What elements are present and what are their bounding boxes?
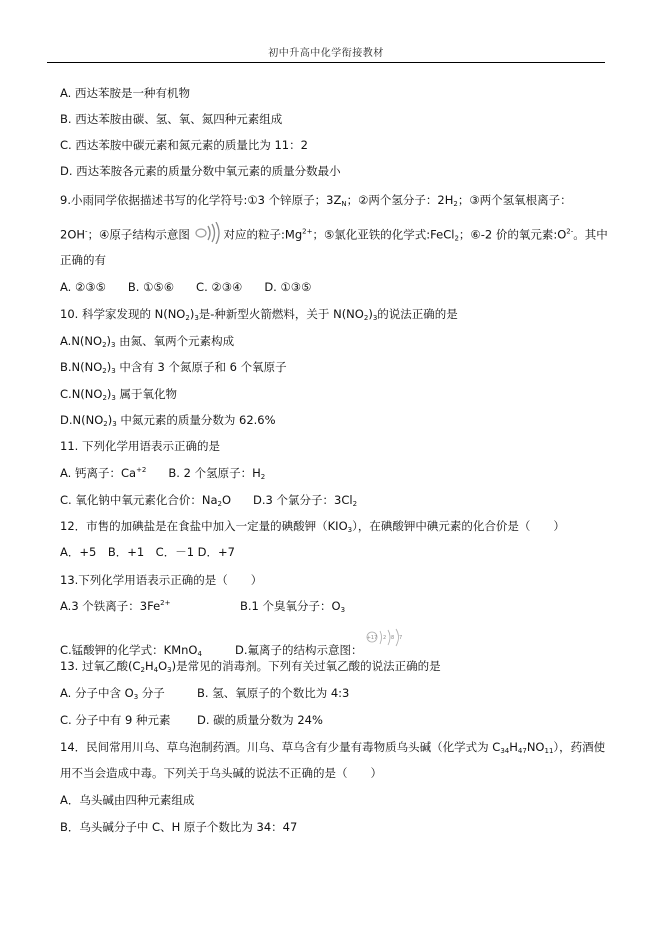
subscript: 2: [353, 500, 357, 508]
q9-stem-line3: 正确的有: [60, 252, 106, 268]
text: 13. 过氧乙酸(C: [60, 659, 140, 673]
text: ），药酒使: [553, 740, 605, 754]
text: ；④原子结构示意图: [88, 228, 190, 242]
q13b-option-d: D. 碳的质量分数为 24%: [197, 713, 323, 727]
text: B.1 个臭氧分子：O: [240, 599, 341, 613]
formula: N(NO: [72, 360, 103, 374]
q8-option-a: A. 西达苯胺是一种有机物: [60, 85, 190, 101]
subscript: 4: [198, 650, 202, 658]
text: )是常见的消毒剂。下列有关过氧乙酸的说法正确的是: [172, 659, 441, 673]
q13a-options-ab: A.3 个铁离子：3Fe2+B.1 个臭氧分子：O3: [60, 598, 345, 614]
text: ；②两个氢分子：2H: [347, 193, 454, 207]
q9-option-d: D. ①③⑤: [264, 280, 311, 294]
q10-option-a: A.N(NO2)3 由氮、氧两个元素构成: [60, 333, 234, 349]
text: 9.小雨同学依据描述书写的化学符号:①3 个锌原子；3Z: [60, 193, 341, 207]
fluoride-ion-structure-diagram-icon: +17 2 8 7: [366, 628, 406, 652]
q11-option-d: D.3 个氯分子：3Cl2: [253, 493, 357, 507]
prefix: B.: [60, 360, 72, 374]
text: H: [145, 659, 154, 673]
subscript: 3: [111, 341, 115, 349]
text: D.氟离子的结构示意图：: [235, 643, 363, 657]
text: A.3 个铁离子：3Fe: [60, 599, 160, 613]
text: A. 钙离子：Ca: [60, 466, 136, 480]
q11-option-b: B. 2 个氢原子：H2: [168, 466, 265, 480]
q13a-option-b: B.1 个臭氧分子：O3: [240, 599, 345, 613]
text: O: [158, 659, 167, 673]
text: 中含有 3 个氮原子和 6 个氧原子: [119, 360, 286, 374]
text: 10. 科学家发现的 N(NO: [60, 307, 185, 321]
q14-stem-line1: 14．民间常用川乌、草乌泡制药酒。川乌、草乌含有少量有毒物质乌头碱（化学式为 C…: [60, 739, 605, 755]
q13b-stem: 13. 过氧乙酸(C2H4O3)是常见的消毒剂。下列有关过氧乙酸的说法正确的是: [60, 658, 441, 674]
text: A. 分子中含 O: [60, 686, 134, 700]
subscript: 47: [518, 747, 527, 755]
formula: N(NO: [71, 334, 102, 348]
q13b-options-cd: C. 分子中有 9 种元素D. 碳的质量分数为 24%: [60, 712, 323, 728]
q14-stem-line2: 用不当会造成中毒。下列关于乌头碱的说法不正确的是（ ）: [60, 765, 382, 781]
text: NO: [527, 740, 545, 754]
formula: N(NO: [72, 387, 103, 401]
q12-options: A．+5 B．+1 C．－1 D．+7: [60, 544, 235, 560]
text: 属于氧化物: [120, 387, 178, 401]
text: 中氮元素的质量分数为 62.6%: [120, 413, 275, 427]
q9-option-b: B. ①⑤⑥: [128, 280, 174, 294]
q8-option-b: B. 西达苯胺由碳、氢、氧、氮四种元素组成: [60, 111, 282, 127]
q11-option-c: C. 氧化钠中氧元素化合价：Na2O: [60, 493, 231, 507]
text: 分子: [142, 686, 165, 700]
q13b-option-b: B. 氢、氧原子的个数比为 4:3: [197, 686, 349, 700]
subscript: 3: [134, 693, 138, 701]
superscript: 2+: [302, 228, 312, 236]
svg-text:+17: +17: [367, 635, 378, 641]
text: 对应的粒子:Mg: [224, 228, 303, 242]
subscript: 3: [111, 394, 115, 402]
text: 由氮、氧两个元素构成: [119, 334, 234, 348]
page-header: 初中升高中化学衔接教材: [47, 44, 605, 62]
q9-stem-line1: 9.小雨同学依据描述书写的化学符号:①3 个锌原子；3ZN；②两个氢分子：2H2…: [60, 192, 572, 208]
q9-option-c: C. ②③④: [196, 280, 242, 294]
q8-option-d: D. 西达苯胺各元素的质量分数中氧元素的质量分数最小: [60, 163, 341, 179]
q13a-option-c: C.锰酸钾的化学式：KMnO4: [60, 642, 235, 658]
q8-option-c: C. 西达苯胺中碳元素和氮元素的质量比为 11：2: [60, 137, 308, 153]
svg-text:8: 8: [391, 635, 394, 641]
q13a-options-cd: C.锰酸钾的化学式：KMnO4D.氟离子的结构示意图： +17 2 8 7: [60, 628, 406, 658]
subscript: 34: [500, 747, 509, 755]
q10-option-b: B.N(NO2)3 中含有 3 个氮原子和 6 个氧原子: [60, 359, 287, 375]
prefix: C.: [60, 387, 72, 401]
subscript: 3: [341, 606, 345, 614]
q13b-option-a: A. 分子中含 O3 分子: [60, 685, 197, 701]
text: C. 氧化钠中氧元素化合价：Na: [60, 493, 218, 507]
q13b-option-c: C. 分子中有 9 种元素: [60, 712, 197, 728]
q13a-option-d: D.氟离子的结构示意图：: [235, 643, 363, 657]
svg-text:7: 7: [399, 635, 402, 641]
text: H: [509, 740, 518, 754]
header-rule: [47, 62, 605, 63]
text: 是-种新型火箭燃料，关于 N(NO: [199, 307, 364, 321]
q10-option-d: D.N(NO2)3 中氮元素的质量分数为 62.6%: [60, 412, 276, 428]
prefix: A.: [60, 334, 71, 348]
q11-options-ab: A. 钙离子：Ca+2B. 2 个氢原子：H2: [60, 465, 265, 481]
q13a-option-a: A.3 个铁离子：3Fe2+: [60, 598, 240, 614]
q11-option-a: A. 钙离子：Ca+2: [60, 466, 146, 480]
text: 。其中: [573, 228, 608, 242]
text: 14．民间常用川乌、草乌泡制药酒。川乌、草乌含有少量有毒物质乌头碱（化学式为 C: [60, 740, 500, 754]
text: ；③两个氢氧根离子：: [458, 193, 572, 207]
q10-option-c: C.N(NO2)3 属于氧化物: [60, 386, 177, 402]
q13a-stem: 13.下列化学用语表示正确的是（ ）: [60, 572, 262, 588]
text: 2OH: [60, 228, 85, 242]
text: C.锰酸钾的化学式：KMnO: [60, 643, 198, 657]
text: ），在碘酸钾中碘元素的化合价是（ ）: [352, 519, 565, 533]
svg-text:2: 2: [383, 635, 386, 641]
q9-options: A. ②③⑤B. ①⑤⑥C. ②③④D. ①③⑤: [60, 279, 311, 295]
q14-option-a: A．乌头碱由四种元素组成: [60, 792, 194, 808]
q13b-options-ab: A. 分子中含 O3 分子B. 氢、氧原子的个数比为 4:3: [60, 685, 349, 701]
superscript: +2: [136, 466, 146, 474]
atom-structure-diagram-icon: [194, 222, 224, 248]
q10-stem: 10. 科学家发现的 N(NO2)3是-种新型火箭燃料，关于 N(NO2)3的说…: [60, 306, 458, 322]
subscript: 2: [261, 473, 265, 481]
text: 12．市售的加碘盐是在食盐中加入一定量的碘酸钾（KIO: [60, 519, 348, 533]
text: ；⑤氯化亚铁的化学式:FeCl: [312, 228, 454, 242]
q12-stem: 12．市售的加碘盐是在食盐中加入一定量的碘酸钾（KIO3），在碘酸钾中碘元素的化…: [60, 518, 565, 534]
q11-options-cd: C. 氧化钠中氧元素化合价：Na2OD.3 个氯分子：3Cl2: [60, 492, 357, 508]
text: B. 2 个氢原子：H: [168, 466, 260, 480]
subscript: 3: [112, 420, 116, 428]
superscript: 2+: [160, 599, 170, 607]
text: O: [222, 493, 231, 507]
text: 的说法正确的是: [377, 307, 458, 321]
q9-option-a: A. ②③⑤: [60, 280, 106, 294]
formula: N(NO: [73, 413, 104, 427]
q11-stem: 11. 下列化学用语表示正确的是: [60, 438, 220, 454]
text: D.3 个氯分子：3Cl: [253, 493, 353, 507]
prefix: D.: [60, 413, 73, 427]
q14-option-b: B．乌头碱分子中 C、H 原子个数比为 34：47: [60, 819, 297, 835]
text: ；⑥-2 价的氧元素:O: [459, 228, 566, 242]
q9-stem-line2: 2OH-；④原子结构示意图 对应的粒子:Mg2+；⑤氯化亚铁的化学式:FeCl2…: [60, 222, 608, 248]
subscript: 3: [111, 367, 115, 375]
